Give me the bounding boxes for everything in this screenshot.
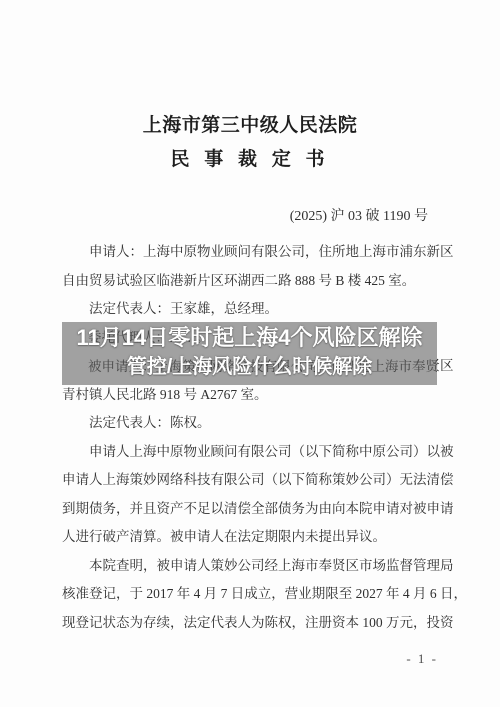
doc-line: 现登记状态为存续，法定代表人为陈权，注册资本 100 万元，投资 [62, 609, 438, 638]
doc-line: 人进行破产清算。被申请人在法定期限内未提出异议。 [62, 523, 438, 552]
document-type-title: 民 事 裁 定 书 [0, 148, 500, 172]
doc-line: 申请人上海中原物业顾问有限公司（以下简称中原公司）以被 [62, 438, 438, 467]
doc-line: 核准登记，于 2017 年 4 月 7 日成立，营业期限至 2027 年 4 月… [62, 580, 438, 609]
document-body: 申请人：上海中原物业顾问有限公司，住所地上海市浦东新区 自由贸易试验区临港新片区… [62, 238, 438, 637]
court-name: 上海市第三中级人民法院 [0, 112, 500, 140]
doc-line: 申请人上海策妙网络科技有限公司（以下简称策妙公司）无法清偿 [62, 466, 438, 495]
doc-line: 到期债务，并且资产不足以清偿全部债务为由向本院申请对被申请 [62, 495, 438, 524]
case-number: (2025) 沪 03 破 1190 号 [290, 208, 428, 226]
document-page: 上海市第三中级人民法院 民 事 裁 定 书 (2025) 沪 03 破 1190… [0, 0, 500, 707]
page-number: - 1 - [406, 651, 438, 667]
banner-headline-line1: 11月14日零时起上海4个风险区解除 [62, 323, 437, 353]
doc-line: 自由贸易试验区临港新片区环湖西二路 888 号 B 楼 425 室。 [62, 267, 438, 296]
doc-line: 本院查明，被申请人策妙公司经上海市奉贤区市场监督管理局 [62, 552, 438, 581]
doc-line: 申请人：上海中原物业顾问有限公司，住所地上海市浦东新区 [62, 238, 438, 267]
doc-line: 法定代表人：陈权。 [62, 409, 438, 438]
banner-headline-line2: 管控/上海风险什么时候解除 [62, 353, 437, 381]
doc-line: 法定代表人：王家雄，总经理。 [62, 295, 438, 324]
news-overlay-banner: 委托代理人：……。 被申请人：上海策妙网络科技有限公司，住所地上海市奉贤区 11… [62, 322, 437, 385]
